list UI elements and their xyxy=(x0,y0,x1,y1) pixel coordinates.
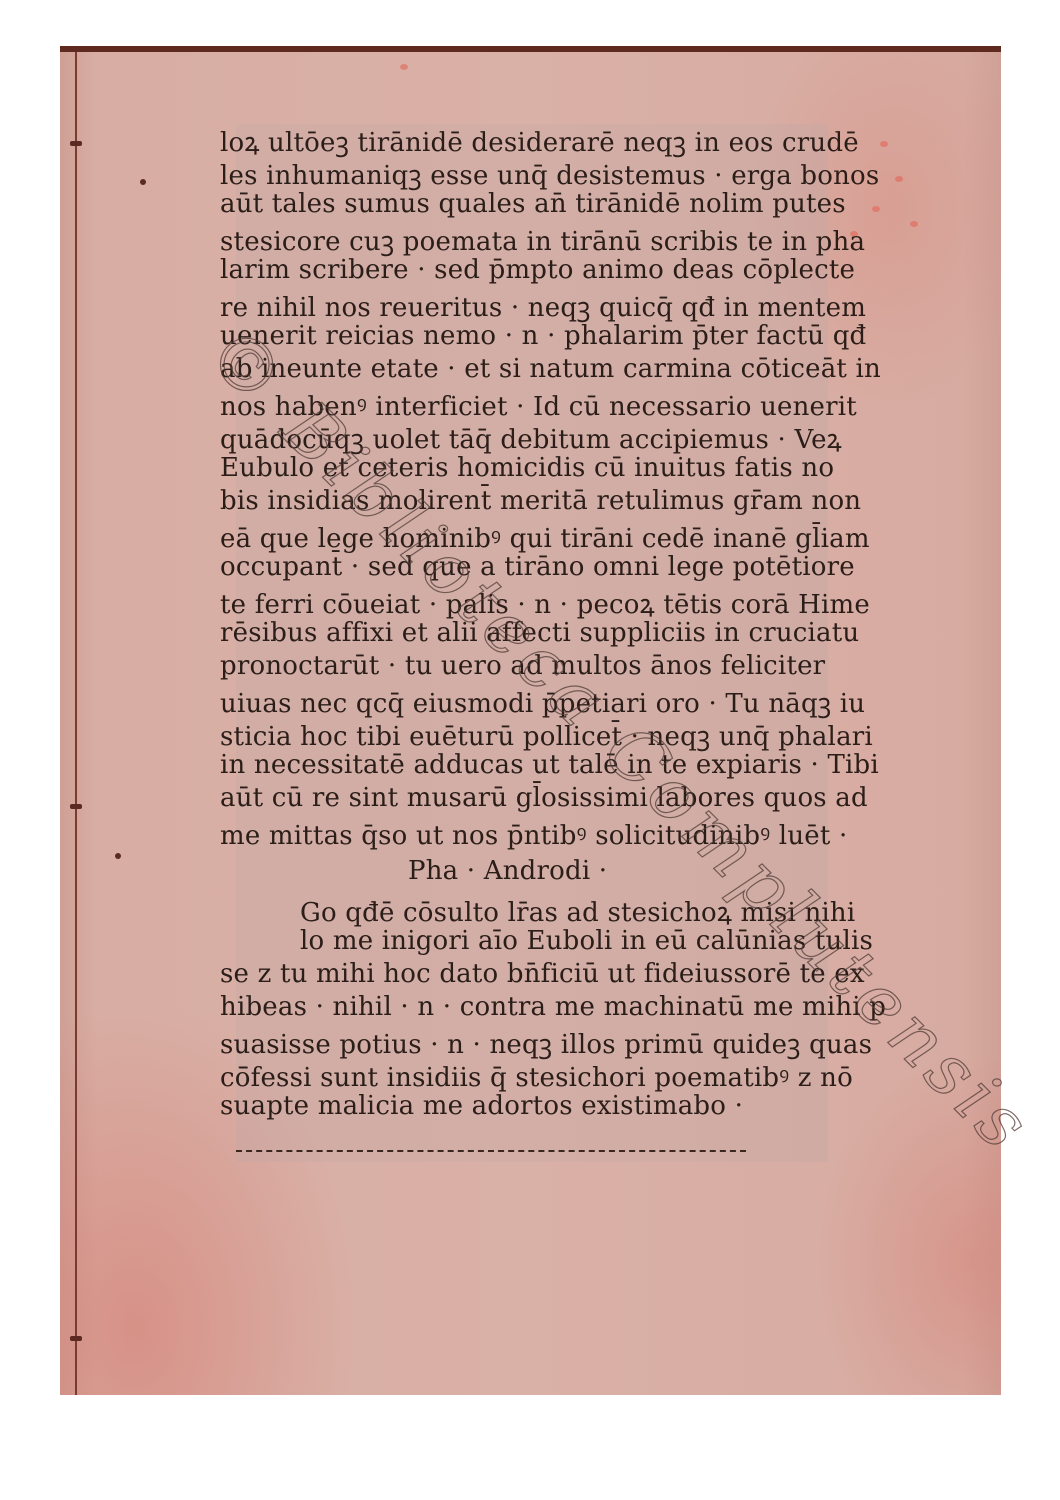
text-line: bis insidias molirent̄ meritā retulimus … xyxy=(220,486,861,516)
text-line: aūt cū re sint musarū gl̄osissimi labore… xyxy=(220,783,868,813)
text-line: in necessitatē adducas ut talē in te exp… xyxy=(220,750,879,780)
text-line: quādocūqꝫ uolet tāq̄ debitum accipiemus … xyxy=(220,420,842,456)
text-line: suapte malicia me adortos existimabo · xyxy=(220,1091,743,1121)
text-line: loꝝ ultōeꝫ tirānidē desiderarē neqꝫ in e… xyxy=(220,123,859,159)
letter-heading: Pha · Androdi · xyxy=(408,856,607,886)
ink-spot xyxy=(115,853,121,859)
text-line: sticia hoc tibi euēturū pollicet̄ · neqꝫ… xyxy=(220,717,873,753)
text-line: occupant̄ · sed que a tirāno omni lege p… xyxy=(220,552,855,582)
foxing-spot xyxy=(400,64,408,70)
text-line: nos habenꝰ interficiet · Id cū necessari… xyxy=(220,387,857,423)
end-rule xyxy=(236,1150,746,1152)
text-line: rēsibus affixi et alii affecti supplicii… xyxy=(220,618,859,648)
text-line: se z tu mihi hoc dato bn̄ficiū ut fideiu… xyxy=(220,959,865,989)
text-line: hibeas · nihil · n · contra me machinatū… xyxy=(220,992,886,1022)
text-line: lo me inigori aīo Euboli in eū calūnias … xyxy=(300,926,873,956)
spine-mark xyxy=(70,141,82,146)
text-line: pronoctarūt · tu uero ad multos ānos fel… xyxy=(220,651,825,681)
text-line: te ferri cōueiat · palis · n · pecoꝝ tēt… xyxy=(220,585,870,621)
text-line: ab ineunte etate · et si natum carmina c… xyxy=(220,354,881,384)
text-line: uenerit reicias nemo · n · phalarim p̄te… xyxy=(220,321,866,351)
text-line: suasisse potius · n · neqꝫ illos primū q… xyxy=(220,1025,872,1061)
text-line: aūt tales sumus quales an̄ tirānidē noli… xyxy=(220,189,846,219)
foxing-spot xyxy=(880,141,888,147)
spine-mark xyxy=(70,804,82,809)
spine-rule xyxy=(75,52,77,1395)
foxing-spot xyxy=(872,206,880,212)
text-line: Go qđē cōsulto lr̄as ad stesichoꝝ misi n… xyxy=(300,893,855,929)
text-line: Eubulo et ceteris homicidis cū inuitus f… xyxy=(220,453,834,483)
text-line: uiuas nec qcq̄ eiusmodi p̄petiari oro · … xyxy=(220,684,865,720)
text-line: larim scribere · sed p̄mpto animo deas c… xyxy=(220,255,855,285)
text-line: eā que lege hominibꝰ qui tirāni cedē ina… xyxy=(220,519,870,555)
text-line: cō̄fessi sunt insidiis q̄ stesichori poe… xyxy=(220,1058,853,1094)
text-line: me mittas q̄so ut nos p̄ntibꝰ solicitudi… xyxy=(220,816,847,852)
ink-spot xyxy=(140,179,146,185)
foxing-spot xyxy=(910,221,918,227)
text-line: les inhumaniqꝫ esse unq̄ desistemus · er… xyxy=(220,156,879,192)
foxing-spot xyxy=(895,176,903,182)
text-line: stesicore cuꝫ poemata in tirānū scribis … xyxy=(220,222,865,258)
text-line: re nihil nos reueritus · neqꝫ quicq̄ qđ … xyxy=(220,288,866,324)
spine-mark xyxy=(70,1336,82,1341)
